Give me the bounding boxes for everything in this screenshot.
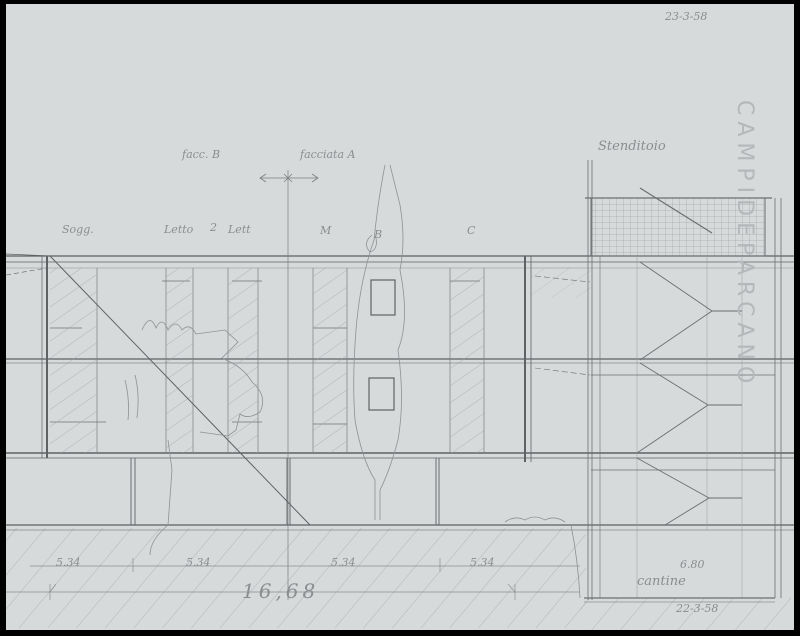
- date-bottom: 22-3-58: [675, 602, 718, 615]
- drawing-sheet: CAMPIDEPARCANO 23-3-58 22-3-58 facc. B f…: [6, 4, 794, 630]
- room-label-m: M: [319, 224, 332, 237]
- axis-label-left: facc. B: [181, 148, 220, 161]
- dimension-side-bay: 6.80: [680, 558, 705, 571]
- date-top: 23-3-58: [664, 10, 707, 23]
- axis-arrow: [260, 174, 318, 182]
- elevation-drawing: CAMPIDEPARCANO 23-3-58 22-3-58 facc. B f…: [6, 4, 794, 630]
- dimension-bay-4: 5.34: [470, 556, 495, 569]
- vertical-stamp: CAMPIDEPARCANO: [732, 100, 757, 389]
- dimension-bay-3: 5.34: [331, 556, 356, 569]
- hatched-panels: [50, 268, 591, 453]
- room-label-c: C: [467, 224, 476, 237]
- room-label-marker-2: 2: [209, 221, 217, 234]
- room-label-letto-2: Lett: [227, 223, 251, 236]
- axis-label-right: facciata A: [299, 148, 356, 161]
- dimension-bay-2: 5.34: [186, 556, 211, 569]
- basement-label: cantine: [637, 574, 686, 589]
- side-block-label: Stenditoio: [598, 139, 666, 154]
- room-label-b: B: [373, 228, 382, 241]
- dimension-bay-1: 5.34: [56, 556, 81, 569]
- dimension-total: 16,68: [242, 579, 319, 603]
- room-label-letto-1: Letto: [163, 223, 194, 236]
- room-label-soggiorno: Sogg.: [62, 223, 94, 236]
